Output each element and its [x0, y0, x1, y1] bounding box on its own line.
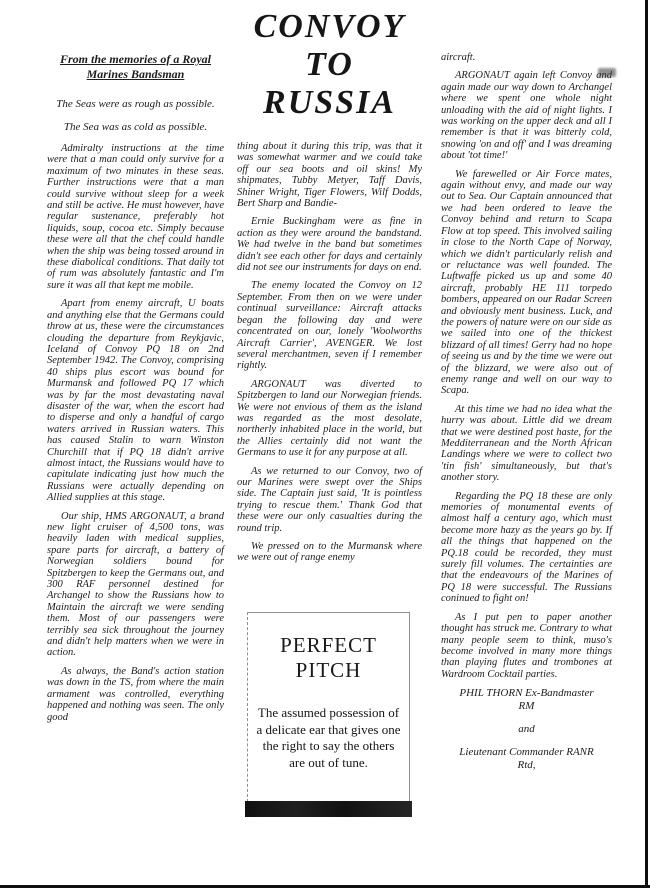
scan-artifact-bottom-rule	[0, 885, 650, 888]
paragraph: The enemy located the Convoy on 12 Septe…	[237, 280, 422, 371]
paragraph: As I put pen to paper another thought ha…	[441, 612, 612, 680]
article-title-line: CONVOY	[233, 8, 426, 46]
paragraph: thing about it during this trip, was tha…	[237, 141, 422, 209]
signature-line: and	[441, 723, 612, 736]
section-heading: From the memories of a Royal Marines Ban…	[51, 52, 220, 82]
pullquote-black-bar	[245, 801, 412, 817]
pullquote-title-line: PITCH	[248, 658, 409, 683]
paragraph: Our ship, HMS ARGONAUT, a brand new ligh…	[47, 511, 224, 659]
scan-artifact-right-rule	[645, 0, 648, 888]
paragraph: We farewelled or Air Force mates, again …	[441, 169, 612, 397]
signature-line: RM	[441, 700, 612, 713]
column-right: aircraft. ARGONAUT again left Convoy and…	[441, 52, 612, 772]
column-middle: thing about it during this trip, was tha…	[237, 141, 422, 571]
epigraph: The Sea was as cold as possible.	[47, 121, 224, 135]
paragraph: ARGONAUT again left Convoy and again mad…	[441, 70, 612, 161]
paragraph: Regarding the PQ 18 these are only memor…	[441, 491, 612, 605]
paragraph: Ernie Buckingham were as fine in action …	[237, 216, 422, 273]
pullquote-box: PERFECT PITCH The assumed possession of …	[247, 612, 410, 802]
signature-line: Lieutenant Commander RANR	[441, 746, 612, 759]
pullquote-body: The assumed possession of a delicate ear…	[255, 705, 402, 771]
paragraph: As we returned to our Convoy, two of our…	[237, 466, 422, 534]
paragraph: At this time we had no idea what the hur…	[441, 404, 612, 484]
paragraph: As always, the Band's action station was…	[47, 666, 224, 723]
article-title-line: TO	[233, 46, 426, 84]
pullquote-title-line: PERFECT	[248, 633, 409, 658]
paragraph: Apart from enemy aircraft, U boats and a…	[47, 298, 224, 503]
paragraph: We pressed on to the Murmansk where we w…	[237, 541, 422, 564]
paragraph: aircraft.	[441, 52, 612, 63]
signature-line: PHIL THORN Ex-Bandmaster	[441, 687, 612, 700]
column-left: From the memories of a Royal Marines Ban…	[47, 52, 224, 730]
scanned-newsletter-page: CONVOY TO RUSSIA From the memories of a …	[0, 0, 650, 894]
signature-line: Rtd,	[441, 759, 612, 772]
paragraph: ARGONAUT was diverted to Spitzbergen to …	[237, 379, 422, 459]
scan-artifact-smudge	[598, 68, 616, 77]
article-title-line: RUSSIA	[233, 84, 426, 122]
article-title: CONVOY TO RUSSIA	[233, 8, 426, 122]
pullquote-title: PERFECT PITCH	[248, 633, 409, 683]
epigraph: The Seas were as rough as possible.	[47, 98, 224, 112]
paragraph: Admiralty instructions at the time were …	[47, 143, 224, 291]
